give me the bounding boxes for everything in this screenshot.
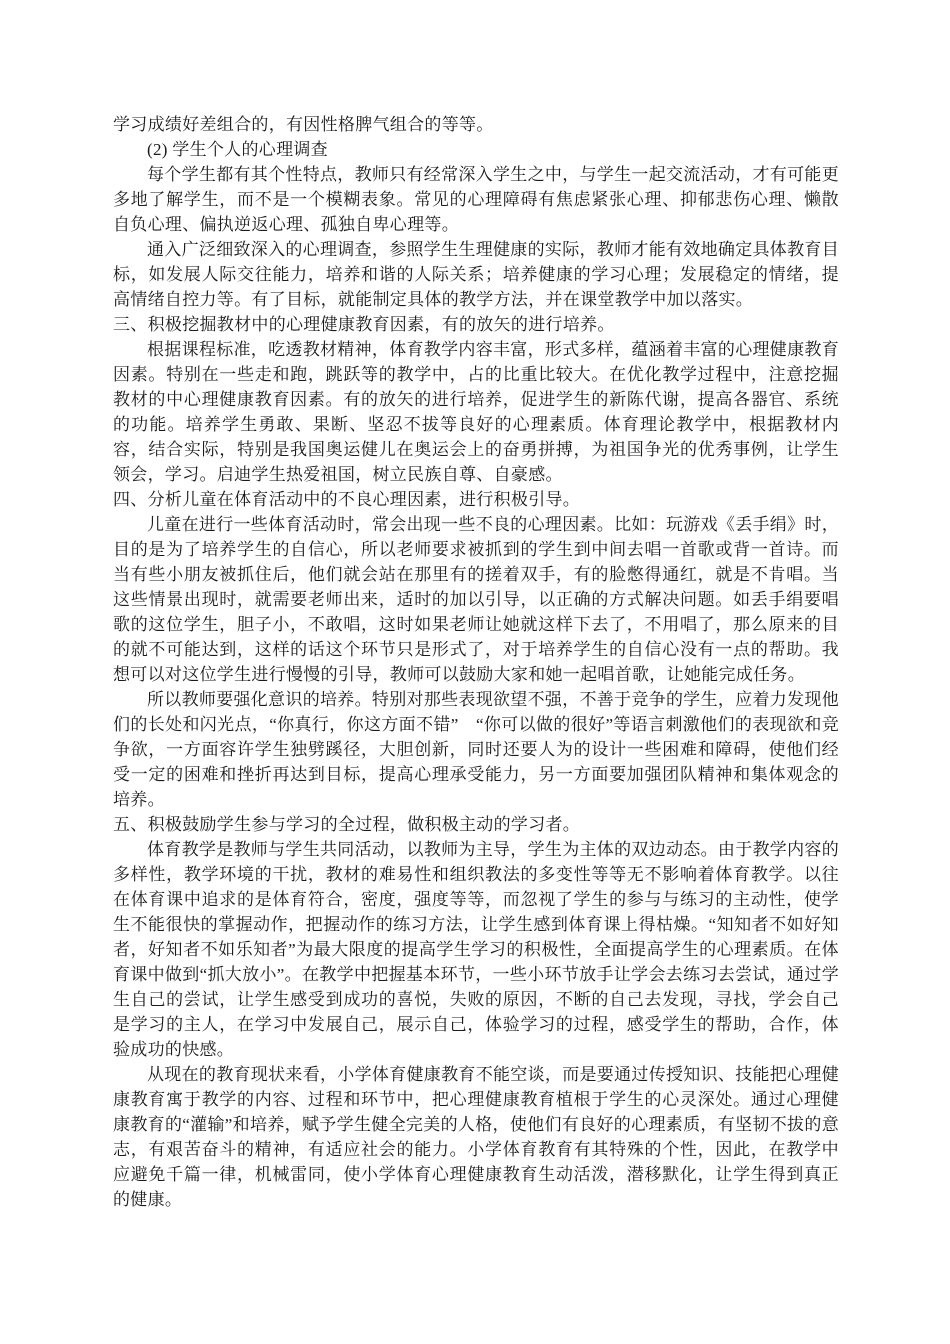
section-heading-five: 五、积极鼓励学生参与学习的全过程，做积极主动的学习者。 [113, 812, 839, 837]
document-page: 学习成绩好差组合的，有因性格脾气组合的等等。 (2) 学生个人的心理调查 每个学… [0, 0, 950, 1344]
paragraph: 体育教学是教师与学生共同活动，以教师为主导，学生为主体的双边动态。由于教学内容的… [113, 837, 839, 1062]
paragraph: 每个学生都有其个性特点，教师只有经常深入学生之中，与学生一起交流活动，才有可能更… [113, 162, 839, 237]
paragraph-continuation: 学习成绩好差组合的，有因性格脾气组合的等等。 [113, 112, 839, 137]
list-item-subheading: (2) 学生个人的心理调查 [113, 137, 839, 162]
section-heading-three: 三、积极挖掘教材中的心理健康教育因素，有的放矢的进行培养。 [113, 312, 839, 337]
paragraph: 所以教师要强化意识的培养。特别对那些表现欲望不强，不善于竞争的学生，应着力发现他… [113, 687, 839, 812]
section-heading-four: 四、分析儿童在体育活动中的不良心理因素，进行积极引导。 [113, 487, 839, 512]
paragraph: 从现在的教育现状来看，小学体育健康教育不能空谈，而是要通过传授知识、技能把心理健… [113, 1062, 839, 1212]
paragraph: 儿童在进行一些体育活动时，常会出现一些不良的心理因素。比如：玩游戏《丢手绢》时，… [113, 512, 839, 687]
paragraph: 根据课程标准，吃透教材精神，体育教学内容丰富，形式多样，蕴涵着丰富的心理健康教育… [113, 337, 839, 487]
document-text-block: 学习成绩好差组合的，有因性格脾气组合的等等。 (2) 学生个人的心理调查 每个学… [113, 112, 839, 1212]
paragraph: 通入广泛细致深入的心理调查，参照学生生理健康的实际，教师才能有效地确定具体教育目… [113, 237, 839, 312]
